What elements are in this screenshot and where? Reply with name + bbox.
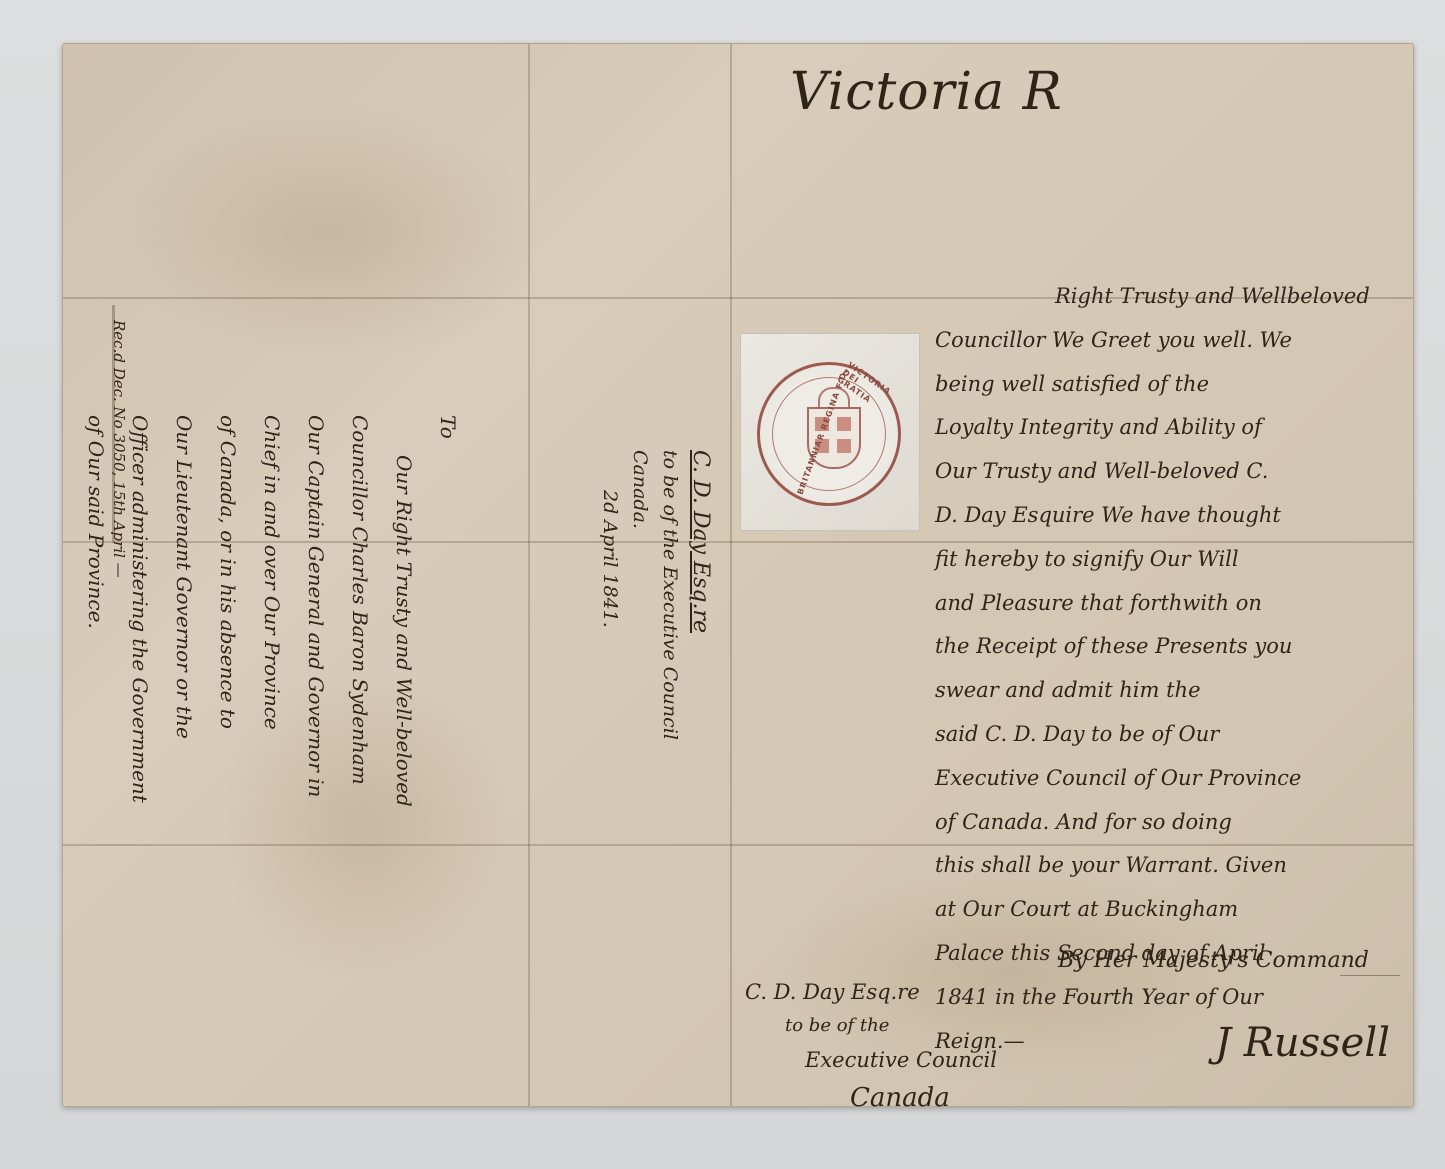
body-line: Councillor We Greet you well. We: [935, 319, 1400, 363]
endorsement-line: Executive Council: [745, 1043, 997, 1077]
closing-command: By Her Majesty's Command: [1058, 948, 1369, 973]
address-line: Chief in and over Our Province: [250, 415, 294, 807]
body-line: D. Day Esquire We have thought: [935, 494, 1400, 538]
body-line: at Our Court at Buckingham: [935, 888, 1400, 932]
royal-signature: Victoria R: [790, 62, 1063, 122]
body-line: of Canada. And for so doing: [935, 801, 1400, 845]
body-line: being well satisfied of the: [935, 363, 1400, 407]
water-stain: [123, 104, 543, 364]
body-line: and Pleasure that forthwith on: [935, 582, 1400, 626]
endorsement: C. D. Day Esq.re to be of the Executive …: [745, 975, 997, 1115]
body-line: Right Trusty and Wellbeloved: [935, 275, 1400, 319]
address-line: Our Captain General and Governor in: [294, 415, 338, 807]
underline: [1340, 975, 1400, 976]
body-line: this shall be your Warrant. Given: [935, 844, 1400, 888]
body-line: Executive Council of Our Province: [935, 757, 1400, 801]
address-line: Our Lieutenant Governor or the: [162, 415, 206, 807]
body-line: said C. D. Day to be of Our: [935, 713, 1400, 757]
body-line: swear and admit him the: [935, 669, 1400, 713]
body-line: 1841 in the Fourth Year of Our: [935, 976, 1400, 1020]
recipient-panel: C. D. Day Esq.re to be of the Executive …: [595, 450, 715, 740]
recipient-date: 2d April 1841.: [595, 450, 625, 740]
body-line: the Receipt of these Presents you: [935, 625, 1400, 669]
body-line: Loyalty Integrity and Ability of: [935, 406, 1400, 450]
address-salutation: To: [426, 415, 470, 807]
fold-line: [730, 44, 732, 1106]
docket-note: Rec.d Dec. No 3050, 15th April —: [110, 320, 128, 578]
fold-line: [528, 44, 530, 1106]
endorsement-place: Canada: [745, 1081, 997, 1115]
endorsement-line: to be of the: [745, 1009, 997, 1043]
endorsement-name: C. D. Day Esq.re: [745, 975, 997, 1009]
warrant-body: Right Trusty and Wellbeloved Councillor …: [935, 275, 1400, 1063]
seal-legend: VICTORIA DEI GRATIA BRITANNIAR REGINA F.…: [760, 365, 898, 503]
address-line: of Canada, or in his absence to: [206, 415, 250, 807]
recipient-name: C. D. Day Esq.re: [685, 450, 715, 740]
seal-paper: VICTORIA DEI GRATIA BRITANNIAR REGINA F.…: [740, 333, 920, 531]
body-line: Our Trusty and Well-beloved C.: [935, 450, 1400, 494]
minister-signature: J Russell: [1215, 1020, 1390, 1066]
royal-seal-icon: VICTORIA DEI GRATIA BRITANNIAR REGINA F.…: [757, 362, 901, 506]
address-line: Councillor Charles Baron Sydenham: [338, 415, 382, 807]
recipient-role: to be of the Executive Council: [655, 450, 685, 740]
address-line: Our Right Trusty and Well-beloved: [382, 415, 426, 807]
body-line: fit hereby to signify Our Will: [935, 538, 1400, 582]
seal-legend-left: BRITANNIAR REGINA F.D.: [796, 367, 850, 496]
recipient-place: Canada.: [625, 450, 655, 740]
address-panel: To Our Right Trusty and Well-beloved Cou…: [74, 415, 470, 807]
